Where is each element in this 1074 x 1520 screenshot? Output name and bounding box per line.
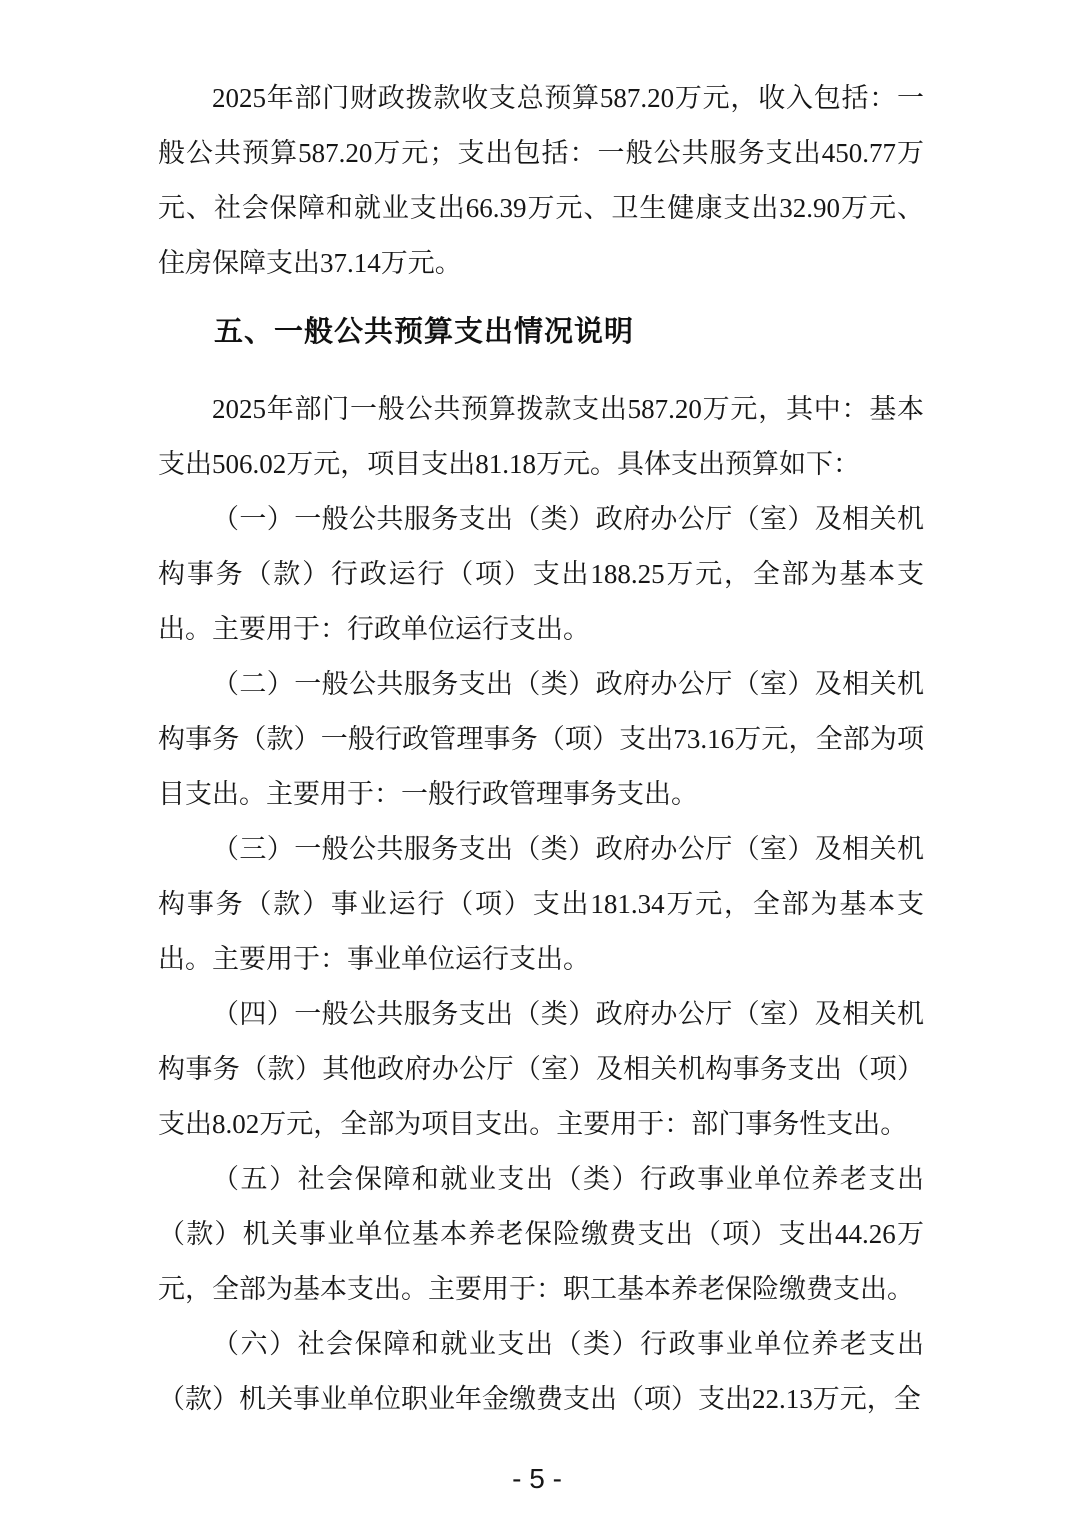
- document-page: 2025年部门财政拨款收支总预算587.20万元，收入包括：一般公共预算587.…: [0, 0, 1074, 1520]
- paragraph-item-2-general-administrative-affairs: （二）一般公共服务支出（类）政府办公厅（室）及相关机构事务（款）一般行政管理事务…: [158, 657, 924, 822]
- paragraph-item-5-basic-pension-contribution: （五）社会保障和就业支出（类）行政事业单位养老支出（款）机关事业单位基本养老保险…: [158, 1152, 924, 1317]
- section-heading-general-public-budget-expenditure: 五、一般公共预算支出情况说明: [158, 305, 924, 360]
- paragraph-item-1-administrative-operation: （一）一般公共服务支出（类）政府办公厅（室）及相关机构事务（款）行政运行（项）支…: [158, 492, 924, 657]
- paragraph-item-4-other-government-office-affairs: （四）一般公共服务支出（类）政府办公厅（室）及相关机构事务（款）其他政府办公厅（…: [158, 987, 924, 1152]
- document-body: 2025年部门财政拨款收支总预算587.20万元，收入包括：一般公共预算587.…: [158, 71, 924, 1427]
- page-number: - 5 -: [0, 1462, 1074, 1496]
- paragraph-expenditure-overview: 2025年部门一般公共预算拨款支出587.20万元，其中：基本支出506.02万…: [158, 382, 924, 492]
- paragraph-item-3-institution-operation: （三）一般公共服务支出（类）政府办公厅（室）及相关机构事务（款）事业运行（项）支…: [158, 822, 924, 987]
- paragraph-fiscal-appropriation-summary: 2025年部门财政拨款收支总预算587.20万元，收入包括：一般公共预算587.…: [158, 71, 924, 291]
- paragraph-item-6-occupational-annuity-contribution: （六）社会保障和就业支出（类）行政事业单位养老支出（款）机关事业单位职业年金缴费…: [158, 1317, 924, 1427]
